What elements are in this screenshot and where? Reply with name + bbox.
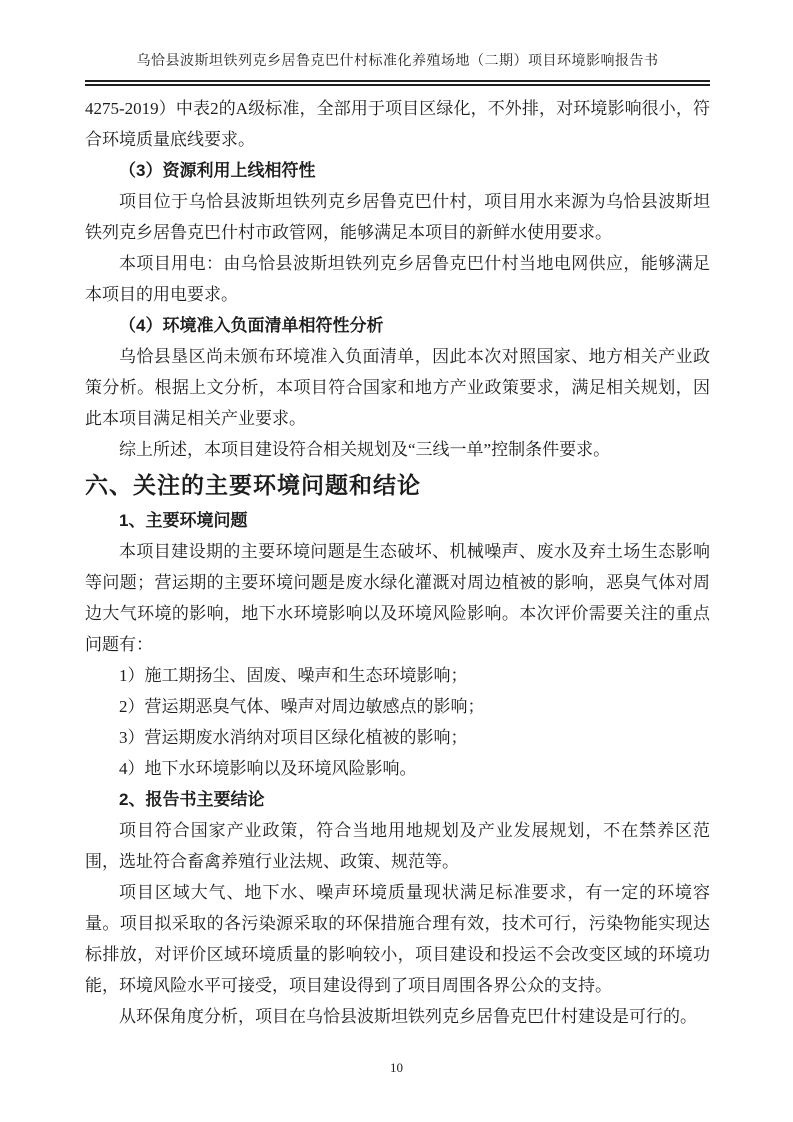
paragraph-environment-conclusion: 项目区域大气、地下水、噪声环境质量现状满足标准要求，有一定的环境容量。项目拟采取…: [85, 877, 710, 1001]
page-header-title: 乌恰县波斯坦铁列克乡居鲁克巴什村标准化养殖场地（二期）项目环境影响报告书: [85, 53, 710, 71]
chapter-heading-six: 六、关注的主要环境问题和结论: [85, 465, 710, 505]
paragraph-policy-conclusion: 项目符合国家产业政策，符合当地用地规划及产业发展规划，不在禁养区范围，选址符合畜…: [85, 815, 710, 877]
list-item-1: 1）施工期扬尘、固废、噪声和生态环境影响；: [85, 660, 710, 691]
paragraph-water-supply: 项目位于乌恰县波斯坦铁列克乡居鲁克巴什村，项目用水来源为乌恰县波斯坦铁列克乡居鲁…: [85, 186, 710, 248]
heading-resource-compliance: （3）资源利用上线相符性: [85, 155, 710, 186]
paragraph-continuation: 4275-2019）中表2的A级标准，全部用于项目区绿化，不外排，对环境影响很小…: [85, 93, 710, 155]
heading-main-environment-issues: 1、主要环境问题: [85, 505, 710, 536]
heading-report-conclusions: 2、报告书主要结论: [85, 784, 710, 815]
document-page: 乌恰县波斯坦铁列克乡居鲁克巴什村标准化养殖场地（二期）项目环境影响报告书 427…: [0, 0, 793, 1122]
document-body: 4275-2019）中表2的A级标准，全部用于项目区绿化，不外排，对环境影响很小…: [85, 93, 710, 1032]
list-item-4: 4）地下水环境影响以及环境风险影响。: [85, 753, 710, 784]
heading-negative-list: （4）环境准入负面清单相符性分析: [85, 310, 710, 341]
paragraph-environment-issues: 本项目建设期的主要环境问题是生态破坏、机械噪声、废水及弃土场生态影响等问题；营运…: [85, 536, 710, 660]
page-number: 10: [0, 1060, 793, 1076]
paragraph-final-conclusion: 从环保角度分析，项目在乌恰县波斯坦铁列克乡居鲁克巴什村建设是可行的。: [85, 1001, 710, 1032]
list-item-2: 2）营运期恶臭气体、噪声对周边敏感点的影响；: [85, 691, 710, 722]
paragraph-summary: 综上所述，本项目建设符合相关规划及“三线一单”控制条件要求。: [85, 434, 710, 465]
paragraph-negative-list-analysis: 乌恰县垦区尚未颁布环境准入负面清单，因此本次对照国家、地方相关产业政策分析。根据…: [85, 341, 710, 434]
list-item-3: 3）营运期废水消纳对项目区绿化植被的影响；: [85, 722, 710, 753]
header-double-rule: [85, 80, 710, 86]
paragraph-power-supply: 本项目用电：由乌恰县波斯坦铁列克乡居鲁克巴什村当地电网供应，能够满足本项目的用电…: [85, 248, 710, 310]
